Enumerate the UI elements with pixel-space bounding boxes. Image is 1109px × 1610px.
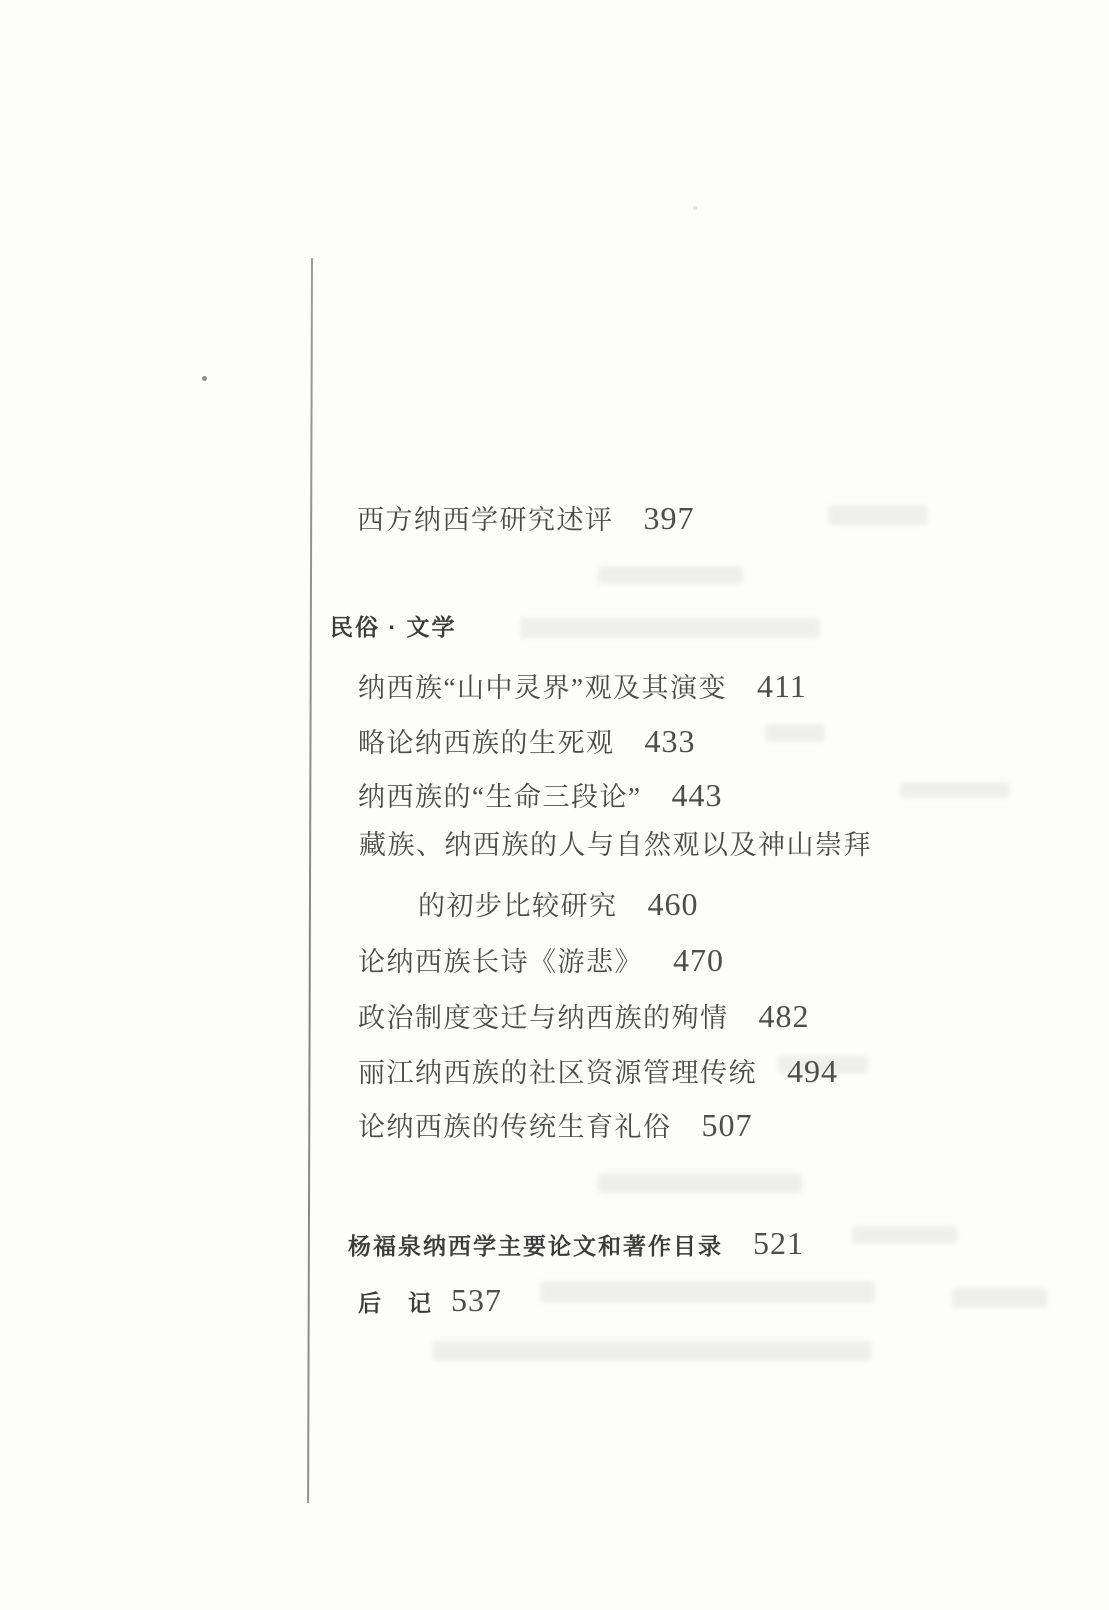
bleed-through-smudge (765, 724, 825, 742)
toc-entry: 纳西族“山中灵界”观及其演变 411 (358, 670, 807, 702)
toc-entry-page: 397 (644, 502, 695, 534)
bleed-through-smudge (852, 1226, 957, 1244)
bleed-through-smudge (900, 782, 1010, 798)
toc-entry-title: 略论纳西族的生死观 (358, 730, 615, 757)
bleed-through-smudge (828, 505, 928, 525)
toc-entry-backmatter: 后 记 537 (358, 1284, 502, 1316)
bleed-through-smudge (520, 618, 820, 638)
bleed-through-smudge (432, 1341, 872, 1361)
toc-entry-page: 521 (753, 1227, 804, 1259)
toc-entry: 论纳西族的传统生育礼俗 507 (358, 1109, 753, 1141)
toc-entry-page: 507 (702, 1109, 753, 1141)
section-header: 民俗 · 文学 (330, 616, 456, 639)
bleed-through-smudge (540, 1281, 875, 1303)
toc-entry-title: 政治制度变迁与纳西族的殉情 (358, 1005, 729, 1032)
toc-entry-page: 411 (757, 670, 807, 702)
toc-entry-page: 494 (787, 1055, 838, 1087)
toc-entry-title: 论纳西族长诗《游悲》 (358, 949, 643, 976)
toc-entry-page: 537 (451, 1284, 502, 1316)
toc-entry: 丽江纳西族的社区资源管理传统 494 (358, 1055, 838, 1087)
bleed-through-smudge (952, 1288, 1047, 1308)
toc-entry: 政治制度变迁与纳西族的殉情 482 (358, 1000, 810, 1032)
toc-entry-title: 后 记 (358, 1292, 433, 1315)
toc-entry-page: 470 (673, 944, 724, 976)
toc-entry: 纳西族的“生命三段论” 443 (358, 779, 722, 811)
toc-entry-title: 丽江纳西族的社区资源管理传统 (358, 1060, 757, 1087)
toc-entry-backmatter: 杨福泉纳西学主要论文和著作目录 521 (348, 1227, 804, 1259)
toc-entry-page: 460 (648, 888, 699, 920)
toc-entry-title: 纳西族的“生命三段论” (358, 784, 641, 811)
toc-entry: 论纳西族长诗《游悲》 470 (358, 944, 724, 976)
toc-entry: 略论纳西族的生死观 433 (358, 725, 696, 757)
section-header-label: 民俗 · 文学 (330, 616, 456, 639)
page-fold-rule (307, 258, 313, 1503)
toc-entry-page: 433 (645, 725, 696, 757)
toc-entry-title: 西方纳西学研究述评 (357, 507, 614, 534)
toc-entry-continuation: 的初步比较研究 460 (418, 888, 699, 920)
toc-entry-page: 443 (671, 779, 722, 811)
toc-entry-title: 的初步比较研究 (418, 893, 618, 920)
bleed-through-smudge (597, 1173, 802, 1193)
scan-speck (693, 206, 697, 210)
scan-speck (202, 376, 207, 381)
toc-entry-title: 论纳西族的传统生育礼俗 (358, 1114, 672, 1141)
toc-entry: 藏族、纳西族的人与自然观以及神山崇拜 (359, 832, 872, 859)
toc-entry-page: 482 (759, 1000, 810, 1032)
toc-entry: 西方纳西学研究述评 397 (357, 502, 695, 534)
toc-entry-title: 纳西族“山中灵界”观及其演变 (358, 675, 727, 702)
scanned-toc-page: 西方纳西学研究述评 397 民俗 · 文学 纳西族“山中灵界”观及其演变 411… (0, 0, 1109, 1610)
toc-entry-title: 杨福泉纳西学主要论文和著作目录 (348, 1235, 723, 1258)
bleed-through-smudge (598, 566, 743, 584)
toc-entry-title: 藏族、纳西族的人与自然观以及神山崇拜 (359, 832, 872, 859)
